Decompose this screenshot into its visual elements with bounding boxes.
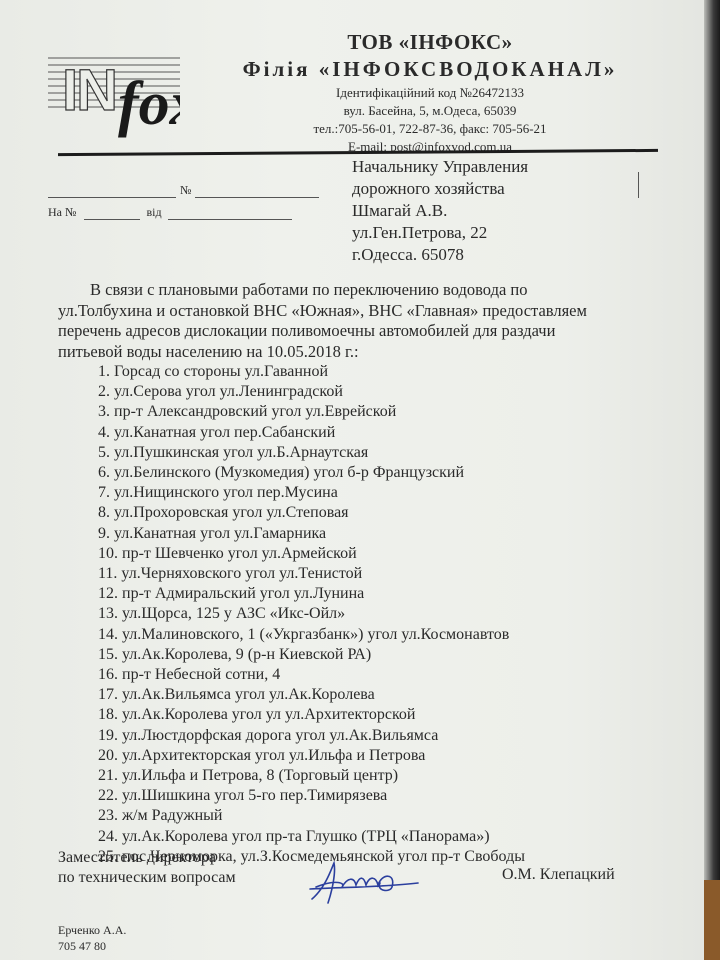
letter-page: IN fox ТОВ «ІНФОКС» Філія «ІНФОКСВОДОКАН… xyxy=(0,0,704,960)
addressee-line: Шмагай А.В. xyxy=(352,200,528,222)
executor-phone: 705 47 80 xyxy=(58,938,126,954)
company-address: вул. Басейна, 5, м.Одеса, 65039 xyxy=(230,102,630,120)
registration-block: № На № від xyxy=(48,176,319,220)
address-list-item: 19. ул.Люстдорфская дорога угол ул.Ак.Ви… xyxy=(98,726,525,746)
addressee-line: Начальнику Управления xyxy=(352,156,528,178)
address-list-item: 22. ул.Шишкина угол 5-го пер.Тимирязева xyxy=(98,786,525,806)
address-list-item: 13. ул.Щорса, 125 у АЗС «Икс-Ойл» xyxy=(98,604,525,624)
ref-label: На № xyxy=(48,205,76,220)
from-label: від xyxy=(146,205,161,220)
signatory-title-line: по техническим вопросам xyxy=(58,868,236,888)
address-list-item: 6. ул.Белинского (Музкомедия) угол б-р Ф… xyxy=(98,463,525,483)
ref-number-line xyxy=(84,207,140,220)
executor-name: Ерченко А.А. xyxy=(58,922,126,938)
number-label: № xyxy=(180,183,191,198)
outgoing-number-line xyxy=(195,185,319,198)
letterhead: ТОВ «ІНФОКС» Філія «ІНФОКСВОДОКАНАЛ» Іде… xyxy=(230,30,630,156)
addressee-line: дорожного хозяйства xyxy=(352,178,528,200)
address-list-item: 12. пр-т Адмиральский угол ул.Лунина xyxy=(98,584,525,604)
company-name: ТОВ «ІНФОКС» xyxy=(230,30,630,55)
address-list-item: 4. ул.Канатная угол пер.Сабанский xyxy=(98,423,525,443)
signatory-name: О.М. Клепацкий xyxy=(502,866,615,884)
page-edge-shadow xyxy=(704,0,720,880)
address-list-item: 14. ул.Малиновского, 1 («Укргазбанк») уг… xyxy=(98,625,525,645)
address-list-item: 7. ул.Нищинского угол пер.Мусина xyxy=(98,483,525,503)
addressee-block: Начальнику Управления дорожного хозяйств… xyxy=(352,156,528,266)
address-list-item: 3. пр-т Александровский угол ул.Еврейско… xyxy=(98,402,525,422)
address-list-item: 15. ул.Ак.Королева, 9 (р-н Киевской РА) xyxy=(98,645,525,665)
svg-text:fox: fox xyxy=(118,70,180,138)
address-list-item: 17. ул.Ак.Вильямса угол ул.Ак.Королева xyxy=(98,685,525,705)
infox-logo: IN fox xyxy=(48,52,180,144)
signatory-title-line: Заместитель директора xyxy=(58,848,236,868)
address-list-item: 24. ул.Ак.Королева угол пр-та Глушко (ТР… xyxy=(98,827,525,847)
svg-text:IN: IN xyxy=(62,58,116,123)
address-list-item: 11. ул.Черняховского угол ул.Тенистой xyxy=(98,564,525,584)
address-list-item: 16. пр-т Небесной сотни, 4 xyxy=(98,665,525,685)
id-code: Ідентифікаційний код №26472133 xyxy=(230,84,630,102)
ref-date-line xyxy=(168,207,292,220)
branch-name: Філія «ІНФОКСВОДОКАНАЛ» xyxy=(230,57,630,82)
address-list-item: 1. Горсад со стороны ул.Гаванной xyxy=(98,362,525,382)
executor-block: Ерченко А.А. 705 47 80 xyxy=(58,922,126,954)
body-paragraph: В связи с плановыми работами по переключ… xyxy=(58,280,618,362)
addressee-line: г.Одесса. 65078 xyxy=(352,244,528,266)
address-list-item: 2. ул.Серова угол ул.Ленинградской xyxy=(98,382,525,402)
signatory-title: Заместитель директора по техническим воп… xyxy=(58,848,236,888)
address-list-item: 18. ул.Ак.Королева угол ул ул.Архитектор… xyxy=(98,705,525,725)
address-list-item: 5. ул.Пушкинская угол ул.Б.Арнаутская xyxy=(98,443,525,463)
address-list-item: 23. ж/м Радужный xyxy=(98,806,525,826)
outgoing-date-line xyxy=(48,185,176,198)
address-list-item: 21. ул.Ильфа и Петрова, 8 (Торговый цент… xyxy=(98,766,525,786)
handwritten-signature xyxy=(306,857,426,907)
address-list-item: 20. ул.Архитекторская угол ул.Ильфа и Пе… xyxy=(98,746,525,766)
address-list: 1. Горсад со стороны ул.Гаванной2. ул.Се… xyxy=(98,362,525,867)
desk-surface xyxy=(704,880,720,960)
company-phones: тел.:705-56-01, 722-87-36, факс: 705-56-… xyxy=(230,120,630,138)
addressee-marker xyxy=(638,172,639,198)
address-list-item: 10. пр-т Шевченко угол ул.Армейской xyxy=(98,544,525,564)
addressee-line: ул.Ген.Петрова, 22 xyxy=(352,222,528,244)
address-list-item: 9. ул.Канатная угол ул.Гамарника xyxy=(98,524,525,544)
letter-body: В связи с плановыми работами по переключ… xyxy=(58,280,618,362)
address-list-item: 8. ул.Прохоровская угол ул.Степовая xyxy=(98,503,525,523)
